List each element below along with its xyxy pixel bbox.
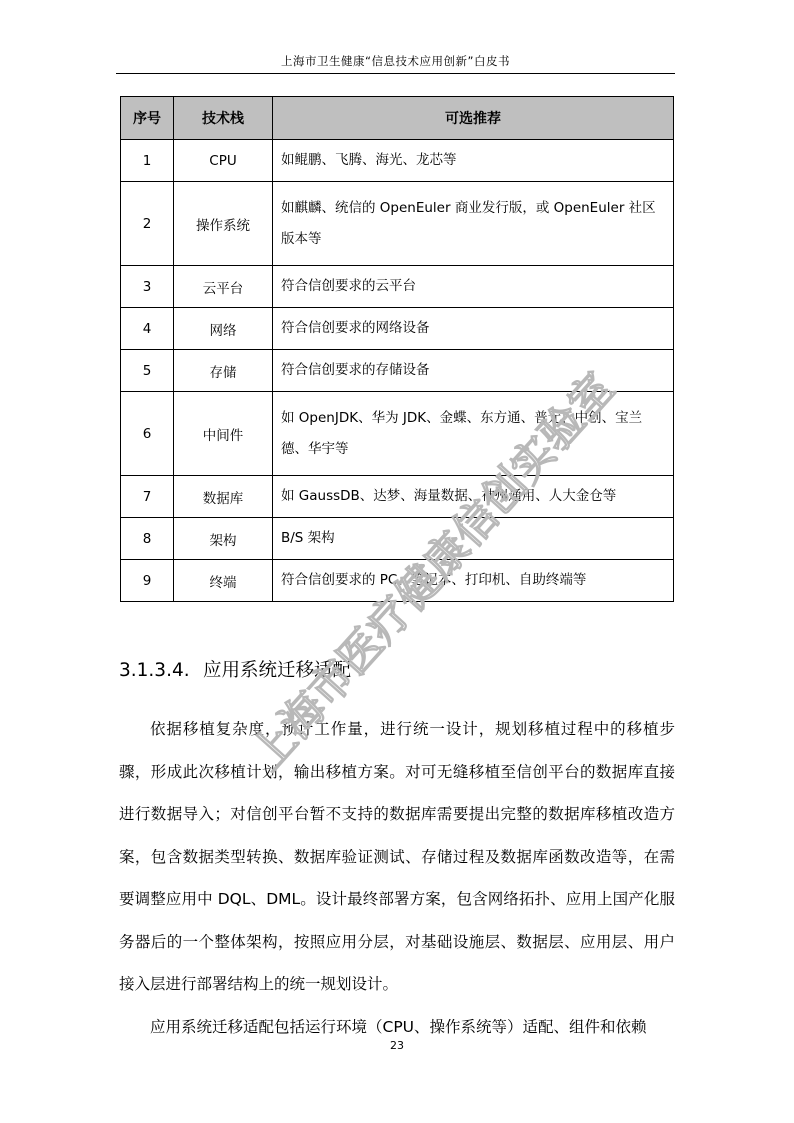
tech-stack-table: 序号 技术栈 可选推荐 1 CPU 如鲲鹏、飞腾、海光、龙芯等 2 操作系统 如… [120,96,674,602]
table-row: 5 存储 符合信创要求的存储设备 [121,350,674,392]
table-row: 1 CPU 如鲲鹏、飞腾、海光、龙芯等 [121,140,674,182]
table-row: 8 架构 B/S 架构 [121,518,674,560]
row-recommendation: 符合信创要求的网络设备 [273,308,674,350]
row-number: 1 [121,140,174,182]
section-heading: 3.1.3.4.应用系统迁移适配 [119,656,351,682]
row-number: 4 [121,308,174,350]
row-stack: 架构 [174,518,273,560]
column-header-number: 序号 [121,97,174,140]
row-recommendation: 符合信创要求的存储设备 [273,350,674,392]
column-header-recommendation: 可选推荐 [273,97,674,140]
row-stack: 数据库 [174,476,273,518]
table-row: 6 中间件 如 OpenJDK、华为 JDK、金蝶、东方通、普元、中创、宝兰德、… [121,392,674,476]
row-stack: 操作系统 [174,182,273,266]
row-recommendation: 如 GaussDB、达梦、海量数据、神州通用、人大金仓等 [273,476,674,518]
section-title: 应用系统迁移适配 [203,660,351,681]
table-row: 4 网络 符合信创要求的网络设备 [121,308,674,350]
section-number: 3.1.3.4. [119,660,203,681]
row-stack: 云平台 [174,266,273,308]
table-header-row: 序号 技术栈 可选推荐 [121,97,674,140]
row-recommendation: 如 OpenJDK、华为 JDK、金蝶、东方通、普元、中创、宝兰德、华宇等 [273,392,674,476]
table-row: 2 操作系统 如麒麟、统信的 OpenEuler 商业发行版，或 OpenEul… [121,182,674,266]
row-stack: 中间件 [174,392,273,476]
row-recommendation: 如麒麟、统信的 OpenEuler 商业发行版，或 OpenEuler 社区版本… [273,182,674,266]
table-row: 7 数据库 如 GaussDB、达梦、海量数据、神州通用、人大金仓等 [121,476,674,518]
row-recommendation: 符合信创要求的 PC、笔记本、打印机、自助终端等 [273,560,674,602]
row-number: 2 [121,182,174,266]
row-recommendation: 符合信创要求的云平台 [273,266,674,308]
row-stack: CPU [174,140,273,182]
row-stack: 终端 [174,560,273,602]
column-header-stack: 技术栈 [174,97,273,140]
running-header: 上海市卫生健康“信息技术应用创新”白皮书 [116,53,675,69]
table-row: 3 云平台 符合信创要求的云平台 [121,266,674,308]
row-number: 7 [121,476,174,518]
row-recommendation: 如鲲鹏、飞腾、海光、龙芯等 [273,140,674,182]
row-number: 5 [121,350,174,392]
page-number: 23 [0,1039,794,1052]
table-row: 9 终端 符合信创要求的 PC、笔记本、打印机、自助终端等 [121,560,674,602]
row-number: 3 [121,266,174,308]
body-text: 依据移植复杂度，预计工作量，进行统一设计，规划移植过程中的移植步骤，形成此次移植… [119,708,675,1048]
row-recommendation: B/S 架构 [273,518,674,560]
header-rule [116,73,675,74]
row-stack: 存储 [174,350,273,392]
row-stack: 网络 [174,308,273,350]
row-number: 9 [121,560,174,602]
row-number: 6 [121,392,174,476]
row-number: 8 [121,518,174,560]
paragraph: 依据移植复杂度，预计工作量，进行统一设计，规划移植过程中的移植步骤，形成此次移植… [119,708,675,1006]
